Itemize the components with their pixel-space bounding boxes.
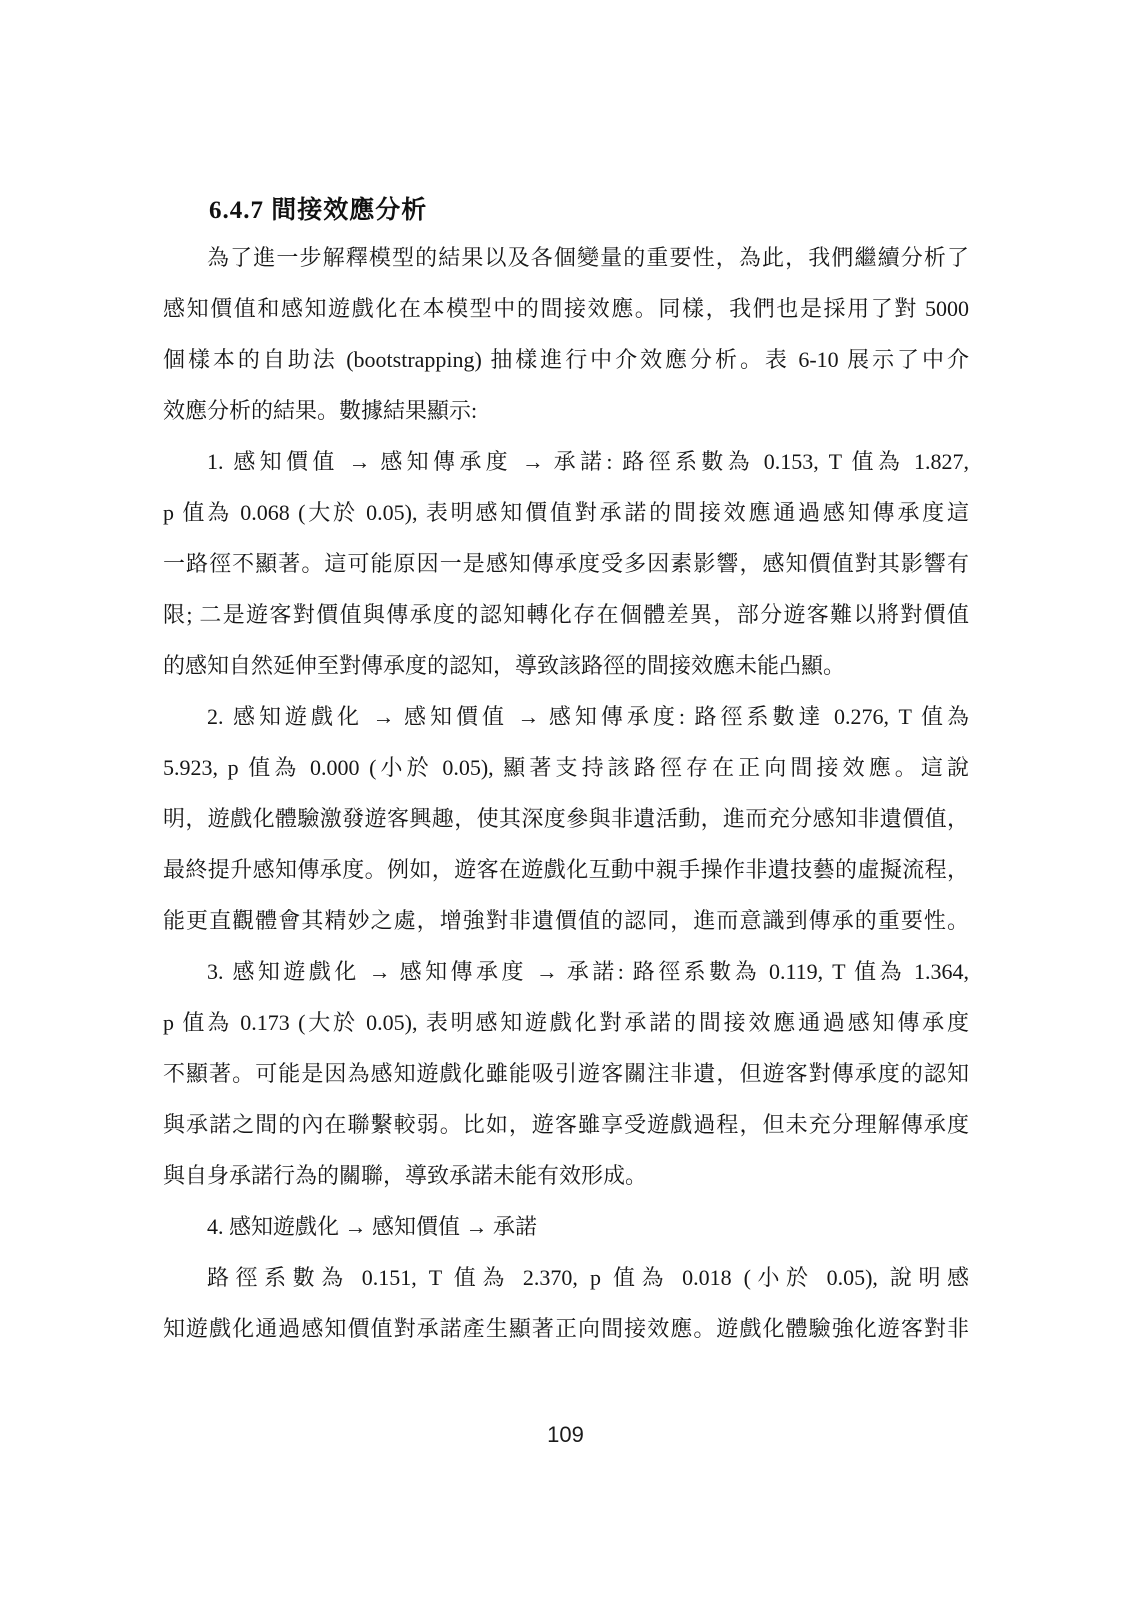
text-line: 路徑系數為 0.151, T 值為 2.370, p 值為 0.018 (小於 … bbox=[163, 1252, 969, 1303]
text-line: 明，遊戲化體驗激發遊客興趣，使其深度參與非遺活動，進而充分感知非遺價值， bbox=[163, 793, 969, 844]
text-line: 知遊戲化通過感知價值對承諾產生顯著正向間接效應。遊戲化體驗強化遊客對非 bbox=[163, 1303, 969, 1354]
document-page: 6.4.7 間接效應分析 為了進一步解釋模型的結果以及各個變量的重要性，為此，我… bbox=[0, 0, 1131, 1600]
text-line: p 值為 0.173 (大於 0.05), 表明感知遊戲化對承諾的間接效應通過感… bbox=[163, 997, 969, 1048]
text-line: 1. 感知價值 → 感知傳承度 → 承諾: 路徑系數為 0.153, T 值為 … bbox=[163, 436, 969, 487]
text-line: 最終提升感知傳承度。例如，遊客在遊戲化互動中親手操作非遺技藝的虛擬流程， bbox=[163, 844, 969, 895]
text-line: 一路徑不顯著。這可能原因一是感知傳承度受多因素影響，感知價值對其影響有 bbox=[163, 538, 969, 589]
page-number: 109 bbox=[0, 1422, 1131, 1448]
page-content: 6.4.7 間接效應分析 為了進一步解釋模型的結果以及各個變量的重要性，為此，我… bbox=[163, 196, 969, 1354]
text-line: 4. 感知遊戲化 → 感知價值 → 承諾 bbox=[163, 1201, 969, 1252]
text-line: 不顯著。可能是因為感知遊戲化雖能吸引遊客關注非遺，但遊客對傳承度的認知 bbox=[163, 1048, 969, 1099]
text-line: 2. 感知遊戲化 → 感知價值 → 感知傳承度: 路徑系數達 0.276, T … bbox=[163, 691, 969, 742]
text-line: 的感知自然延伸至對傳承度的認知，導致該路徑的間接效應未能凸顯。 bbox=[163, 640, 969, 691]
text-line: 感知價值和感知遊戲化在本模型中的間接效應。同樣，我們也是採用了對 5000 bbox=[163, 283, 969, 334]
text-line: 限; 二是遊客對價值與傳承度的認知轉化存在個體差異，部分遊客難以將對價值 bbox=[163, 589, 969, 640]
text-line: 個樣本的自助法 (bootstrapping) 抽樣進行中介效應分析。表 6-1… bbox=[163, 334, 969, 385]
text-line: p 值為 0.068 (大於 0.05), 表明感知價值對承諾的間接效應通過感知… bbox=[163, 487, 969, 538]
text-line: 為了進一步解釋模型的結果以及各個變量的重要性，為此，我們繼續分析了 bbox=[163, 232, 969, 283]
text-line: 與承諾之間的內在聯繫較弱。比如，遊客雖享受遊戲過程，但未充分理解傳承度 bbox=[163, 1099, 969, 1150]
text-line: 5.923, p 值為 0.000 (小於 0.05), 顯著支持該路徑存在正向… bbox=[163, 742, 969, 793]
text-line: 與自身承諾行為的關聯，導致承諾未能有效形成。 bbox=[163, 1150, 969, 1201]
text-line: 能更直觀體會其精妙之處，增強對非遺價值的認同，進而意識到傳承的重要性。 bbox=[163, 895, 969, 946]
body-text: 為了進一步解釋模型的結果以及各個變量的重要性，為此，我們繼續分析了感知價值和感知… bbox=[163, 232, 969, 1354]
text-line: 3. 感知遊戲化 → 感知傳承度 → 承諾: 路徑系數為 0.119, T 值為… bbox=[163, 946, 969, 997]
text-line: 效應分析的結果。數據結果顯示: bbox=[163, 385, 969, 436]
section-heading: 6.4.7 間接效應分析 bbox=[163, 196, 969, 226]
